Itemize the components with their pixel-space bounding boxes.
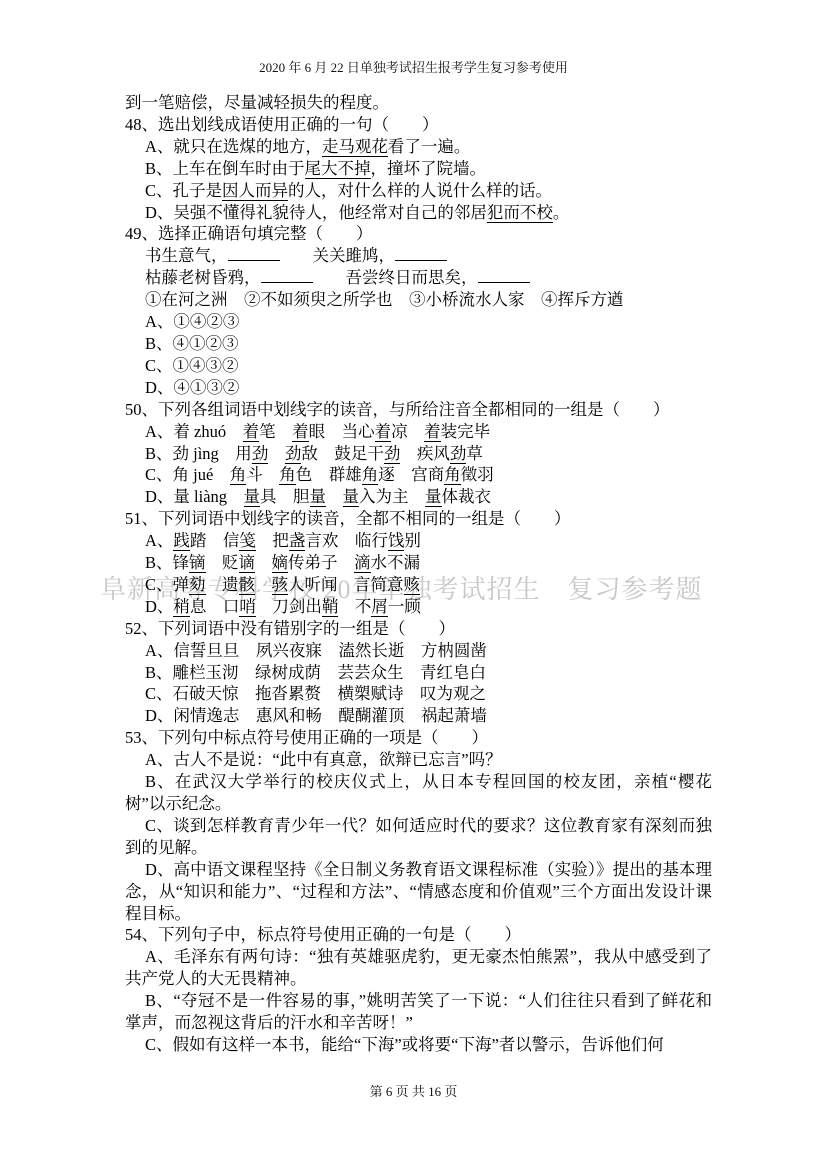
underlined-text: 尾大不掉: [305, 159, 371, 179]
text-segment: B、上车在倒车时由于: [145, 159, 305, 178]
underlined-text: 嫡: [272, 553, 289, 573]
text-segment: 54、下列句子中，标点符号使用正确的一句是（ ）: [125, 925, 521, 944]
question-51-option-a: A、践踏 信笺 把盏言欢 临行饯别: [125, 530, 712, 552]
question-49-choices: ①在河之洲 ②不如须臾之所学也 ③小桥流水人家 ④挥斥方遒: [125, 289, 712, 311]
text-segment: 枯藤老树昏鸦，: [145, 268, 261, 287]
text-segment: C、孔子是: [145, 181, 222, 200]
text-segment: 草: [466, 444, 483, 463]
underlined-text: 量: [310, 487, 327, 507]
question-53-option-c: C、谈到怎样教育青少年一代？如何适应时代的要求？这位教育家有深刻而独到的见解。: [125, 815, 712, 859]
text-segment: ①在河之洲 ②不如须臾之所学也 ③小桥流水人家 ④挥斥方遒: [145, 290, 624, 309]
document-header: 2020 年 6 月 22 日单独考试招生报考学生复习参考使用: [0, 57, 827, 76]
text-segment: A、: [145, 531, 173, 550]
question-48-option-a: A、就只在选煤的地方，走马观花看了一遍。: [125, 136, 712, 158]
text-segment: 刀剑出: [256, 597, 322, 616]
underlined-text: 滴: [354, 553, 371, 573]
question-48-option-c: C、孔子是因人而异的人，对什么样的人说什么样的话。: [125, 180, 712, 202]
text-segment: 凉: [391, 422, 424, 441]
text-segment: 息 口: [190, 597, 240, 616]
page-number: 第 6 页 共 16 页: [0, 1081, 827, 1100]
text-segment: 敌 鼓足干: [301, 444, 384, 463]
question-52-option-c: C、石破天惊 拖沓累赘 横槊赋诗 叹为观之: [125, 683, 712, 705]
underlined-text: 谪: [239, 553, 256, 573]
underlined-text: 劾: [189, 575, 206, 595]
question-50-option-c: C、角 jué 角斗 角色 群雄角逐 宫商角徵羽: [125, 464, 712, 486]
question-49-option-a: A、①④②③: [125, 311, 712, 333]
text-segment: D、闲情逸志 惠风和畅 醍醐灌顶 祸起萧墙: [145, 706, 487, 725]
question-51-option-b: B、锋镝 贬谪 嫡传弟子 滴水不漏: [125, 552, 712, 574]
text-segment: 装完毕: [441, 422, 491, 441]
text-segment: B、在武汉大学举行的校庆仪式上，从日本专程回国的校友团，亲植“樱花树”以示纪念。: [125, 772, 712, 813]
text-segment: C、假如有这样一本书，能给“下海”或将要“下海”者以警示，告诉他们何: [145, 1035, 664, 1054]
text-segment: D、④①③②: [145, 378, 239, 397]
text-segment: C、弹: [145, 575, 189, 594]
text-segment: A、着 zhuó: [145, 422, 243, 441]
text-segment: [255, 575, 272, 594]
text-segment: [280, 246, 313, 265]
underlined-text: 盏: [289, 531, 306, 551]
text-segment: D、量 liàng: [145, 487, 244, 506]
text-segment: 踏 信: [190, 531, 240, 550]
underlined-text: 量: [343, 487, 360, 507]
underlined-text: 劲: [384, 444, 401, 464]
question-53-option-b: B、在武汉大学举行的校庆仪式上，从日本专程回国的校友团，亲植“樱花树”以示纪念。: [125, 771, 712, 815]
question-53-option-d: D、高中语文课程坚持《全日制义务教育语文课程标准（实验）》提出的基本理念，从“知…: [125, 859, 712, 925]
text-segment: 色 群雄: [296, 465, 362, 484]
text-segment: 到一笔赔偿，尽量减轻损失的程度。: [125, 93, 389, 112]
text-segment: 疾风: [400, 444, 450, 463]
underlined-text: 因人而异: [222, 181, 288, 201]
text-segment: 吾尝终日而思矣，: [346, 268, 478, 287]
text-segment: A、就只在选煤的地方，: [145, 137, 322, 156]
underlined-text: 笺: [239, 531, 256, 551]
text-segment: D、: [145, 597, 173, 616]
text-segment: [255, 553, 272, 572]
text-segment: 眼 当心: [309, 422, 375, 441]
document-body: 到一笔赔偿，尽量减轻损失的程度。48、选出划线成语使用正确的一句（ ）A、就只在…: [125, 92, 712, 1056]
text-segment: 不: [338, 597, 371, 616]
question-54-option-a: A、毛泽东有两句诗：“独有英雄驱虎豹，更无豪杰怕熊罴”，我从中感受到了共产党人的…: [125, 946, 712, 990]
text-segment: 斗: [246, 465, 279, 484]
question-49-fill-line-1: 书生意气， 关关雎鸠，: [125, 245, 712, 267]
question-52-option-b: B、雕栏玉沏 绿树成荫 芸芸众生 青红皂白: [125, 662, 712, 684]
text-segment: C、角 jué: [145, 465, 230, 484]
text-segment: B、④①②③: [145, 334, 239, 353]
text-segment: A、毛泽东有两句诗：“独有英雄驱虎豹，更无豪杰怕熊罴”，我从中感受到了共产党人的…: [125, 947, 712, 988]
text-segment: 别: [404, 531, 421, 550]
text-segment: C、石破天惊 拖沓累赘 横槊赋诗 叹为观之: [145, 684, 486, 703]
underlined-text: 量: [425, 487, 442, 507]
fill-in-blank-line: [478, 267, 530, 283]
text-segment: 传弟子: [288, 553, 354, 572]
question-48-option-b: B、上车在倒车时由于尾大不掉，撞坏了院墙。: [125, 158, 712, 180]
text-segment: [326, 487, 343, 506]
fill-in-blank-line: [395, 245, 447, 261]
carryover-text: 到一笔赔偿，尽量减轻损失的程度。: [125, 92, 712, 114]
question-51-option-d: D、稍息 口哨 刀剑出鞘 不屑一顾: [125, 596, 712, 618]
question-49-option-c: C、①④③②: [125, 355, 712, 377]
text-segment: 48、选出划线成语使用正确的一句（ ）: [125, 115, 439, 134]
question-53-option-a: A、古人不是说：“此中有真意，欲辩已忘言”吗？: [125, 749, 712, 771]
text-segment: ，撞坏了院墙。: [371, 159, 487, 178]
underlined-text: 劲: [450, 444, 467, 464]
text-segment: 51、下列词语中划线字的读音，全都不相同的一组是（ ）: [125, 509, 571, 528]
text-segment: B、雕栏玉沏 绿树成荫 芸芸众生 青红皂白: [145, 663, 486, 682]
question-49-stem: 49、选择正确语句填完整（ ）: [125, 223, 712, 245]
question-48-option-d: D、吴强不懂得礼貌待人，他经常对自己的邻居犯而不校。: [125, 202, 712, 224]
text-segment: D、吴强不懂得礼貌待人，他经常对自己的邻居: [145, 203, 487, 222]
underlined-text: 着: [243, 422, 260, 442]
text-segment: 看了一遍。: [388, 137, 471, 156]
question-51-stem: 51、下列词语中划线字的读音，全都不相同的一组是（ ）: [125, 508, 712, 530]
text-segment: 关关雎鸠，: [313, 246, 396, 265]
text-segment: 。: [553, 203, 570, 222]
question-49-option-b: B、④①②③: [125, 333, 712, 355]
text-segment: 具 胆: [260, 487, 310, 506]
underlined-text: 走马观花: [322, 137, 388, 157]
text-segment: [268, 444, 285, 463]
underlined-text: 哨: [239, 597, 256, 617]
text-segment: 52、下列词语中没有错别字的一组是（ ）: [125, 619, 455, 638]
underlined-text: 镝: [189, 553, 206, 573]
question-49-fill-line-2: 枯藤老树昏鸦， 吾尝终日而思矣，: [125, 267, 712, 289]
text-segment: B、劲 jìng 用: [145, 444, 252, 463]
underlined-text: 犯而不校: [487, 203, 553, 223]
underlined-text: 劲: [285, 444, 302, 464]
text-segment: 徵羽: [461, 465, 494, 484]
underlined-text: 赅: [404, 575, 421, 595]
underlined-text: 骸: [239, 575, 256, 595]
text-segment: A、信誓旦旦 夙兴夜寐 溘然长逝 方枘圆凿: [145, 641, 487, 660]
underlined-text: 稍: [173, 597, 190, 617]
text-segment: 书生意气，: [145, 246, 228, 265]
text-segment: 笔: [259, 422, 292, 441]
fill-in-blank-line: [261, 267, 313, 283]
underlined-text: 着: [292, 422, 309, 442]
underlined-text: 饯: [388, 531, 405, 551]
text-segment: 50、下列各组词语中划线字的读音，与所给注音全都相同的一组是（ ）: [125, 400, 670, 419]
text-segment: B、“夺冠不是一件容易的事，”姚明苦笑了一下说：“人们往往只看到了鲜花和掌声，而…: [125, 991, 712, 1032]
underlined-text: 角: [230, 465, 247, 485]
text-segment: D、高中语文课程坚持《全日制义务教育语文课程标准（实验）》提出的基本理念，从“知…: [125, 860, 712, 923]
text-segment: 水不漏: [371, 553, 421, 572]
text-segment: 49、选择正确语句填完整（ ）: [125, 224, 373, 243]
question-48-stem: 48、选出划线成语使用正确的一句（ ）: [125, 114, 712, 136]
underlined-text: 践: [173, 531, 190, 551]
underlined-text: 鞘: [322, 597, 339, 617]
question-54-option-c: C、假如有这样一本书，能给“下海”或将要“下海”者以警示，告诉他们何: [125, 1034, 712, 1056]
underlined-text: 劲: [252, 444, 269, 464]
text-segment: A、古人不是说：“此中有真意，欲辩已忘言”吗？: [145, 750, 502, 769]
underlined-text: 角: [444, 465, 461, 485]
underlined-text: 骇: [272, 575, 289, 595]
question-50-option-a: A、着 zhuó 着笔 着眼 当心着凉 着装完毕: [125, 421, 712, 443]
underlined-text: 着: [424, 422, 441, 442]
text-segment: 言欢 临行: [305, 531, 388, 550]
text-segment: 把: [256, 531, 289, 550]
question-54-stem: 54、下列句子中，标点符号使用正确的一句是（ ）: [125, 924, 712, 946]
text-segment: 53、下列句中标点符号使用正确的一项是（ ）: [125, 728, 488, 747]
question-49-option-d: D、④①③②: [125, 377, 712, 399]
text-segment: A、①④②③: [145, 312, 239, 331]
underlined-text: 着: [375, 422, 392, 442]
fill-in-blank-line: [228, 245, 280, 261]
text-segment: 人听闻 言简意: [288, 575, 404, 594]
text-segment: B、锋: [145, 553, 189, 572]
question-52-option-a: A、信誓旦旦 夙兴夜寐 溘然长逝 方枘圆凿: [125, 640, 712, 662]
underlined-text: 量: [244, 487, 261, 507]
question-54-option-b: B、“夺冠不是一件容易的事，”姚明苦笑了一下说：“人们往往只看到了鲜花和掌声，而…: [125, 990, 712, 1034]
text-segment: 遗: [206, 575, 239, 594]
text-segment: [313, 268, 346, 287]
text-segment: 的人，对什么样的人说什么样的话。: [288, 181, 552, 200]
underlined-text: 角: [362, 465, 379, 485]
text-segment: C、谈到怎样教育青少年一代？如何适应时代的要求？这位教育家有深刻而独到的见解。: [125, 816, 712, 857]
question-50-stem: 50、下列各组词语中划线字的读音，与所给注音全都相同的一组是（ ）: [125, 399, 712, 421]
text-segment: 体裁衣: [442, 487, 492, 506]
text-segment: 贬: [206, 553, 239, 572]
question-50-option-d: D、量 liàng 量具 胆量 量入为主 量体裁衣: [125, 486, 712, 508]
text-segment: 逐 宫商: [378, 465, 444, 484]
question-52-stem: 52、下列词语中没有错别字的一组是（ ）: [125, 618, 712, 640]
question-51-option-c: C、弹劾 遗骸 骇人听闻 言简意赅: [125, 574, 712, 596]
underlined-text: 角: [279, 465, 296, 485]
text-segment: 一顾: [388, 597, 421, 616]
question-50-option-b: B、劲 jìng 用劲 劲敌 鼓足干劲 疾风劲草: [125, 443, 712, 465]
question-53-stem: 53、下列句中标点符号使用正确的一项是（ ）: [125, 727, 712, 749]
text-segment: 入为主: [359, 487, 425, 506]
text-segment: C、①④③②: [145, 356, 239, 375]
question-52-option-d: D、闲情逸志 惠风和畅 醍醐灌顶 祸起萧墙: [125, 705, 712, 727]
underlined-text: 屑: [371, 597, 388, 617]
